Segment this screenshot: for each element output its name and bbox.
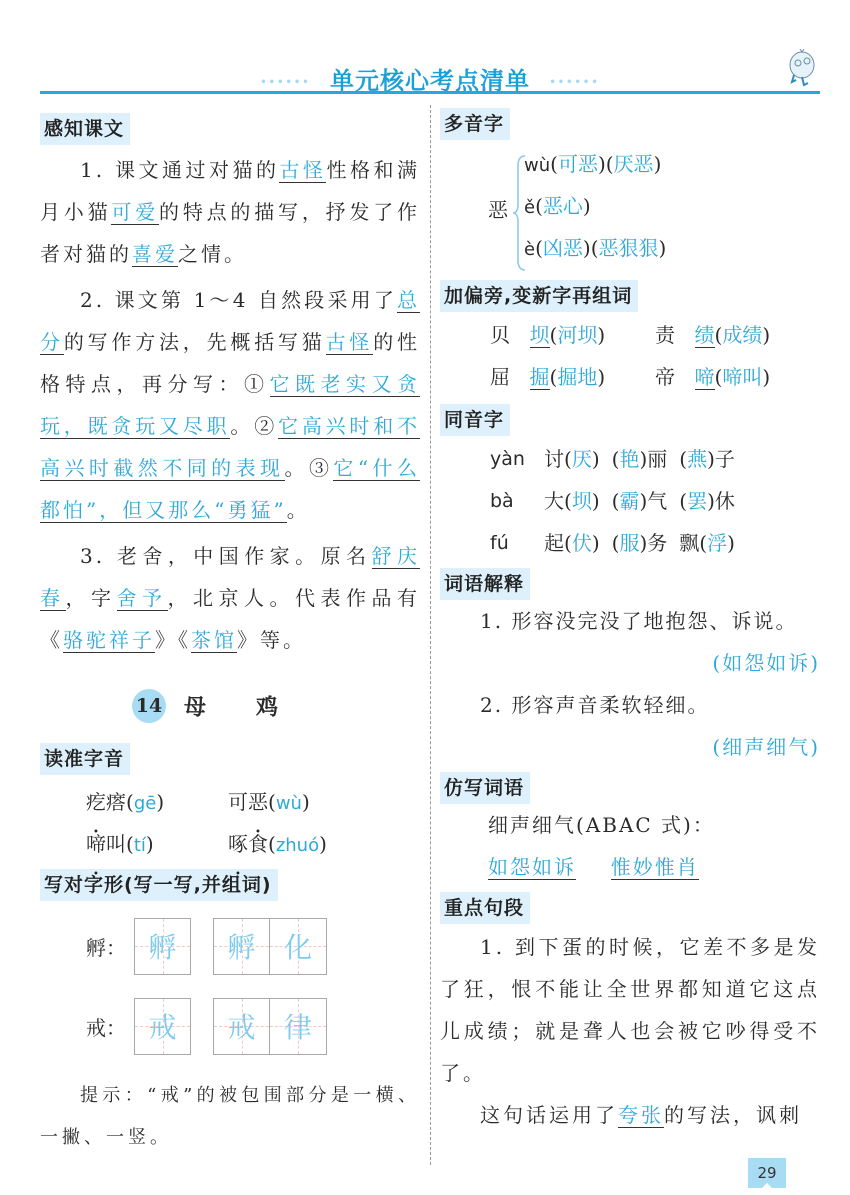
- writing-grid-row: 戒： 戒 戒 律: [86, 995, 420, 1057]
- text: 之情。: [178, 242, 247, 266]
- grid-label: 戒：: [86, 1012, 134, 1041]
- tianzige-box: 孵: [134, 918, 191, 975]
- section-heading-key: 重点句段: [440, 892, 530, 924]
- tianzige-word: 戒 律: [213, 998, 327, 1055]
- pronunciation-item: 啼叫(tí): [86, 823, 228, 865]
- pronunciation-item: 啄食(zhuó): [228, 823, 370, 865]
- cartoon-mascot-icon: [782, 49, 818, 89]
- imitate-prompt: 细声细气(ABAC 式)：: [488, 804, 820, 846]
- answer-blank: 惟妙惟肖: [611, 855, 699, 880]
- key-paragraph-2: 这句话运用了夸张的写法，讽刺: [440, 1094, 820, 1136]
- base-char: 责: [655, 314, 677, 356]
- answer-blank: 茶馆: [191, 628, 237, 653]
- text: 2. 课文第 1～4 自然段采用了: [80, 288, 397, 312]
- section-heading-imitate: 仿写词语: [440, 772, 530, 804]
- polyphone-line: ě(恶心): [524, 190, 591, 219]
- tianzige-box: 化: [270, 918, 327, 975]
- explain-answer: (细声细气): [440, 726, 820, 768]
- dotted-char: 疙: [86, 790, 106, 814]
- homophone-row: bà 大(坝) (霸)气 (罢)休: [490, 480, 820, 522]
- explain-definition: 1. 形容没完没了地抱怨、诉说。: [440, 600, 820, 642]
- section-heading-homophone: 同音字: [440, 404, 510, 436]
- header-rule: [40, 91, 820, 94]
- lesson-name: 母鸡: [184, 695, 328, 721]
- text: 。: [287, 498, 310, 522]
- page-number: 29: [748, 1158, 786, 1188]
- pinyin: gē: [134, 793, 157, 814]
- imitate-block: 细声细气(ABAC 式)： 如怨如诉 惟妙惟肖: [440, 804, 820, 888]
- text: 》等。: [237, 628, 306, 652]
- answer-blank: 古怪: [326, 330, 374, 355]
- section-heading-polyphone: 多音字: [440, 108, 510, 140]
- decor-dots-right: ••••••: [549, 77, 599, 88]
- char: 可: [228, 790, 248, 814]
- answer-blank: 骆驼祥子: [63, 628, 155, 653]
- text: ，字: [66, 586, 117, 610]
- writing-hint: 提示：“戒”的被包围部分是一横、一撇、一竖。: [40, 1075, 420, 1159]
- radical-list: 贝坝(河坝) 责绩(成绩) 屈掘(掘地) 帝啼(啼叫): [440, 314, 820, 398]
- text: 。②: [230, 414, 278, 438]
- pinyin: wù: [276, 793, 302, 814]
- section-heading-writing: 写对字形(写一写,并组词): [40, 869, 278, 901]
- text: 》《: [155, 628, 191, 652]
- pronunciation-item: 疙瘩(gē): [86, 781, 228, 823]
- dotted-char: 恶: [248, 790, 268, 814]
- answer-blank: 夸张: [618, 1103, 664, 1128]
- imitate-answers: 如怨如诉 惟妙惟肖: [488, 846, 820, 888]
- pronunciation-item: 可恶(wù): [228, 781, 370, 823]
- perceive-paragraph-2: 2. 课文第 1～4 自然段采用了总分的写作方法，先概括写猫古怪的性格特点，再分…: [40, 279, 420, 531]
- right-column: 多音字 恶 wù(可恶)(厌恶) ě(恶心) è(凶恶)(恶狠狠) 加偏旁,变新…: [440, 108, 820, 1136]
- new-word: 坝(河坝): [530, 314, 655, 356]
- char: 瘩: [106, 790, 126, 814]
- writing-grid-row: 孵： 孵 孵 化: [86, 915, 420, 977]
- explain-answer: (如怨如诉): [440, 642, 820, 684]
- decor-dots-left: ••••••: [260, 77, 310, 88]
- new-word: 绩(成绩): [695, 314, 820, 356]
- homophone-row: fú 起(伏) (服)务 飘(浮): [490, 522, 820, 564]
- lesson-title: 14母鸡: [40, 689, 420, 723]
- polyphone-char: 恶: [488, 194, 508, 223]
- perceive-paragraph-3: 3. 老舍，中国作家。原名舒庆春，字舍予，北京人。代表作品有《骆驼祥子》《茶馆》…: [40, 535, 420, 661]
- new-word: 掘(掘地): [530, 356, 655, 398]
- tianzige-box: 律: [270, 998, 327, 1055]
- homophone-list: yàn 讨(厌) (艳)丽 (燕)子 bà 大(坝) (霸)气 (罢)休 fú …: [440, 438, 820, 564]
- key-paragraph-1: 1. 到下蛋的时候，它差不多是发了狂，恨不能让全世界都知道它这点儿成绩；就是聋人…: [440, 926, 820, 1094]
- tianzige-word: 孵 化: [213, 918, 327, 975]
- base-char: 帝: [655, 356, 677, 398]
- section-heading-radical: 加偏旁,变新字再组词: [440, 280, 638, 312]
- text: 。③: [285, 456, 334, 480]
- char: 叫: [106, 832, 126, 856]
- polyphone-line: wù(可恶)(厌恶): [524, 148, 661, 177]
- tianzige-box: 戒: [134, 998, 191, 1055]
- text: 3. 老舍，中国作家。原名: [80, 544, 372, 568]
- text: 1. 课文通过对猫的: [80, 158, 279, 182]
- dotted-char: 啼: [86, 832, 106, 856]
- answer-blank: 古怪: [279, 158, 326, 183]
- pinyin: zhuó: [276, 835, 319, 856]
- base-char: 贝: [490, 314, 512, 356]
- dotted-char: 啄: [228, 832, 248, 856]
- homophone-row: yàn 讨(厌) (艳)丽 (燕)子: [490, 438, 820, 480]
- answer-blank: 喜爱: [132, 242, 178, 267]
- polyphone-brace: 恶 wù(可恶)(厌恶) ě(恶心) è(凶恶)(恶狠狠): [480, 148, 820, 274]
- lesson-number-badge: 14: [132, 689, 166, 723]
- polyphone-line: è(凶恶)(恶狠狠): [524, 232, 666, 261]
- answer-blank: 可爱: [111, 200, 159, 225]
- grid-label: 孵：: [86, 932, 134, 961]
- left-column: 感知课文 1. 课文通过对猫的古怪性格和满月小猫可爱的特点的描写，抒发了作者对猫…: [40, 113, 420, 1159]
- new-word: 啼(啼叫): [695, 356, 820, 398]
- tianzige-box: 孵: [213, 918, 270, 975]
- pronunciation-list: 疙瘩(gē) 可恶(wù) 啼叫(tí) 啄食(zhuó): [86, 781, 420, 865]
- text: 的写作方法，先概括写猫: [64, 330, 326, 354]
- column-divider: [430, 105, 431, 1165]
- section-heading-explain: 词语解释: [440, 568, 530, 600]
- explain-definition: 2. 形容声音柔软轻细。: [440, 684, 820, 726]
- page-header: •••••• 单元核心考点清单 ••••••: [40, 55, 820, 95]
- section-heading-pronunciation: 读准字音: [40, 743, 130, 775]
- explain-list: 1. 形容没完没了地抱怨、诉说。 (如怨如诉) 2. 形容声音柔软轻细。 (细声…: [440, 600, 820, 768]
- pinyin: tí: [134, 835, 146, 856]
- answer-blank: 舍予: [117, 586, 168, 611]
- tianzige-box: 戒: [213, 998, 270, 1055]
- answer-blank: 如怨如诉: [488, 855, 576, 880]
- base-char: 屈: [490, 356, 512, 398]
- section-heading-perceive: 感知课文: [40, 113, 130, 145]
- perceive-paragraph-1: 1. 课文通过对猫的古怪性格和满月小猫可爱的特点的描写，抒发了作者对猫的喜爱之情…: [40, 149, 420, 275]
- char: 食: [248, 832, 268, 856]
